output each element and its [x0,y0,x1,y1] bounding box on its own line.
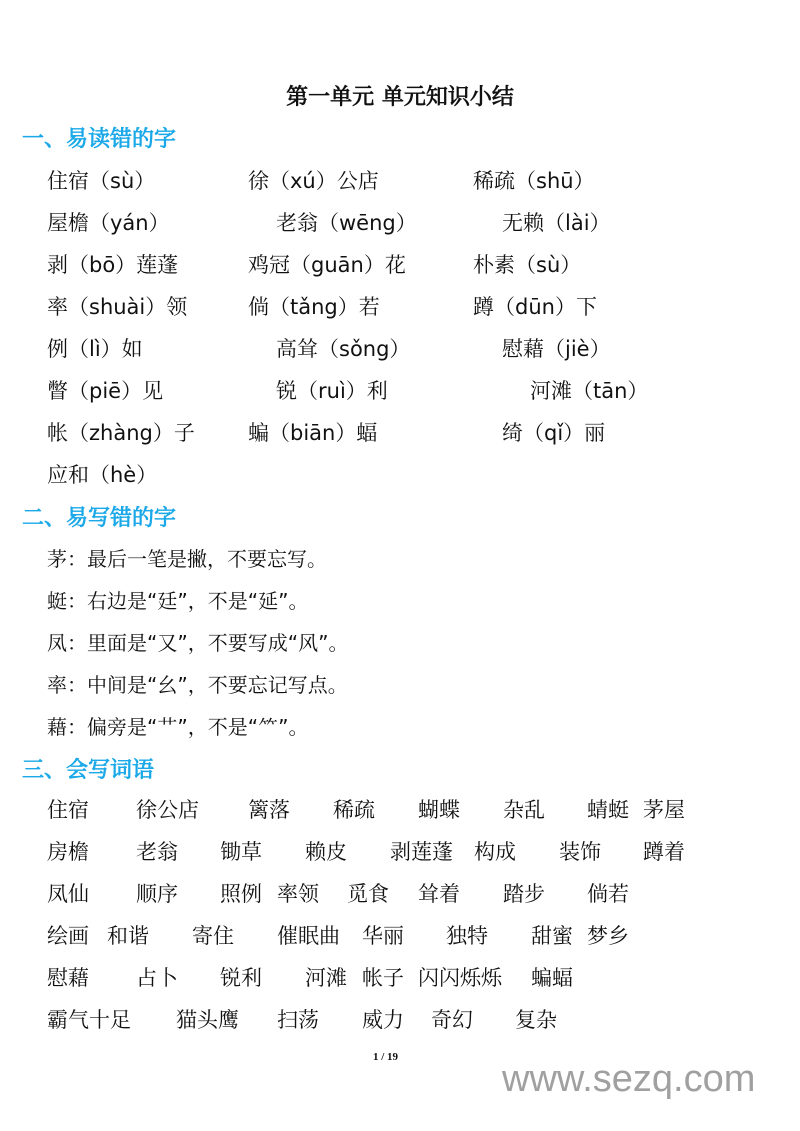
misread-row: 应和（hè） [0,459,800,489]
misread-row: 率（shuài）领 倘（tǎng）若 蹲（dūn）下 [0,291,800,321]
misread-item: 屋檐（yán） [47,207,170,237]
vocabulary-word: 扫荡 [277,1004,319,1034]
vocabulary-word: 赖皮 [305,836,347,866]
vocabulary-word: 倘若 [587,878,629,908]
vocabulary-word: 华丽 [362,920,404,950]
misread-row: 屋檐（yán） 老翁（wēng） 无赖（lài） [0,207,800,237]
misread-item: 慰藉（jiè） [502,333,611,363]
misread-item: 蝙（biān）蝠 [248,417,377,447]
misread-item: 稀疏（shū） [473,165,595,195]
vocabulary-row: 慰藉 占卜 锐利 河滩 帐子 闪闪烁烁 蝙蝠 [0,962,800,992]
misread-item: 蹲（dūn）下 [473,291,597,321]
vocabulary-row: 霸气十足 猫头鹰 扫荡 威力 奇幻 复杂 [0,1004,800,1034]
misread-item: 瞥（piē）见 [47,375,163,405]
vocabulary-word: 凤仙 [47,878,89,908]
misread-row: 例（lì）如 高耸（sǒng） 慰藉（jiè） [0,333,800,363]
miswrite-note: 凤：里面是“又”，不要写成“风”。 [47,627,348,656]
vocabulary-word: 构成 [474,836,516,866]
vocabulary-word: 甜蜜 [531,920,573,950]
vocabulary-word: 猫头鹰 [176,1004,239,1034]
vocabulary-word: 威力 [362,1004,404,1034]
misread-item: 率（shuài）领 [47,291,187,321]
vocabulary-word: 蹲着 [643,836,685,866]
misread-item: 应和（hè） [47,459,157,489]
vocabulary-word: 茅屋 [643,794,685,824]
vocabulary-word: 杂乱 [503,794,545,824]
vocabulary-word: 锐利 [220,962,262,992]
vocabulary-word: 锄草 [220,836,262,866]
misread-row: 瞥（piē）见 锐（ruì）利 河滩（tān） [0,375,800,405]
vocabulary-word: 寄住 [192,920,234,950]
vocabulary-word: 蝴蝶 [418,794,460,824]
vocabulary-word: 霸气十足 [47,1004,131,1034]
misread-row: 剥（bō）莲蓬 鸡冠（guān）花 朴素（sù） [0,249,800,279]
miswrite-note: 茅：最后一笔是撇，不要忘写。 [47,543,327,572]
misread-item: 鸡冠（guān）花 [248,249,406,279]
misread-item: 徐（xú）公店 [248,165,379,195]
vocabulary-word: 绘画 [47,920,89,950]
vocabulary-word: 率领 [277,878,319,908]
section-heading-easy-miswrite: 二、易写错的字 [22,501,176,532]
misread-item: 倘（tǎng）若 [248,291,380,321]
vocabulary-word: 闪闪烁烁 [418,962,502,992]
vocabulary-word: 奇幻 [431,1004,473,1034]
section-heading-easy-misread: 一、易读错的字 [22,122,176,153]
vocabulary-word: 顺序 [136,878,178,908]
miswrite-note: 藉：偏旁是“艹”，不是“⺮”。 [47,711,308,740]
miswrite-note: 蜓：右边是“廷”，不是“延”。 [47,585,308,614]
vocabulary-word: 梦乡 [587,920,629,950]
vocabulary-word: 房檐 [47,836,89,866]
vocabulary-word: 觅食 [347,878,389,908]
vocabulary-row: 绘画 和谐 寄住 催眠曲 华丽 独特 甜蜜 梦乡 [0,920,800,950]
vocabulary-row: 房檐 老翁 锄草 赖皮 剥莲蓬 构成 装饰 蹲着 [0,836,800,866]
vocabulary-word: 催眠曲 [277,920,340,950]
vocabulary-word: 和谐 [107,920,149,950]
vocabulary-word: 老翁 [136,836,178,866]
vocabulary-word: 篱落 [248,794,290,824]
misread-item: 高耸（sǒng） [276,333,410,363]
vocabulary-word: 剥莲蓬 [390,836,453,866]
vocabulary-word: 耸着 [418,878,460,908]
section-heading-vocabulary: 三、会写词语 [22,753,154,784]
vocabulary-word: 徐公店 [136,794,199,824]
vocabulary-word: 河滩 [305,962,347,992]
misread-item: 无赖（lài） [502,207,611,237]
vocabulary-word: 住宿 [47,794,89,824]
vocabulary-word: 稀疏 [333,794,375,824]
vocabulary-word: 照例 [220,878,262,908]
vocabulary-word: 独特 [446,920,488,950]
page-title: 第一单元 单元知识小结 [0,80,800,111]
misread-item: 剥（bō）莲蓬 [47,249,178,279]
misread-item: 朴素（sù） [473,249,581,279]
vocabulary-word: 占卜 [136,962,178,992]
vocabulary-word: 帐子 [362,962,404,992]
miswrite-note: 率：中间是“幺”，不要忘记写点。 [47,669,348,698]
vocabulary-word: 复杂 [515,1004,557,1034]
misread-item: 河滩（tān） [530,375,648,405]
misread-item: 住宿（sù） [47,165,155,195]
vocabulary-word: 装饰 [559,836,601,866]
misread-item: 锐（ruì）利 [276,375,388,405]
misread-item: 绮（qǐ）丽 [502,417,605,447]
vocabulary-word: 蝙蝠 [531,962,573,992]
watermark: www.sezq.com [502,1058,755,1101]
vocabulary-row: 凤仙 顺序 照例 率领 觅食 耸着 踏步 倘若 [0,878,800,908]
misread-item: 例（lì）如 [47,333,143,363]
misread-item: 老翁（wēng） [276,207,417,237]
misread-row: 帐（zhàng）子 蝙（biān）蝠 绮（qǐ）丽 [0,417,800,447]
misread-item: 帐（zhàng）子 [47,417,195,447]
vocabulary-row: 住宿 徐公店 篱落 稀疏 蝴蝶 杂乱 蜻蜓 茅屋 [0,794,800,824]
misread-row: 住宿（sù） 徐（xú）公店 稀疏（shū） [0,165,800,195]
vocabulary-word: 慰藉 [47,962,89,992]
vocabulary-word: 蜻蜓 [587,794,629,824]
vocabulary-word: 踏步 [503,878,545,908]
page-number: 1 / 19 [373,1051,398,1063]
